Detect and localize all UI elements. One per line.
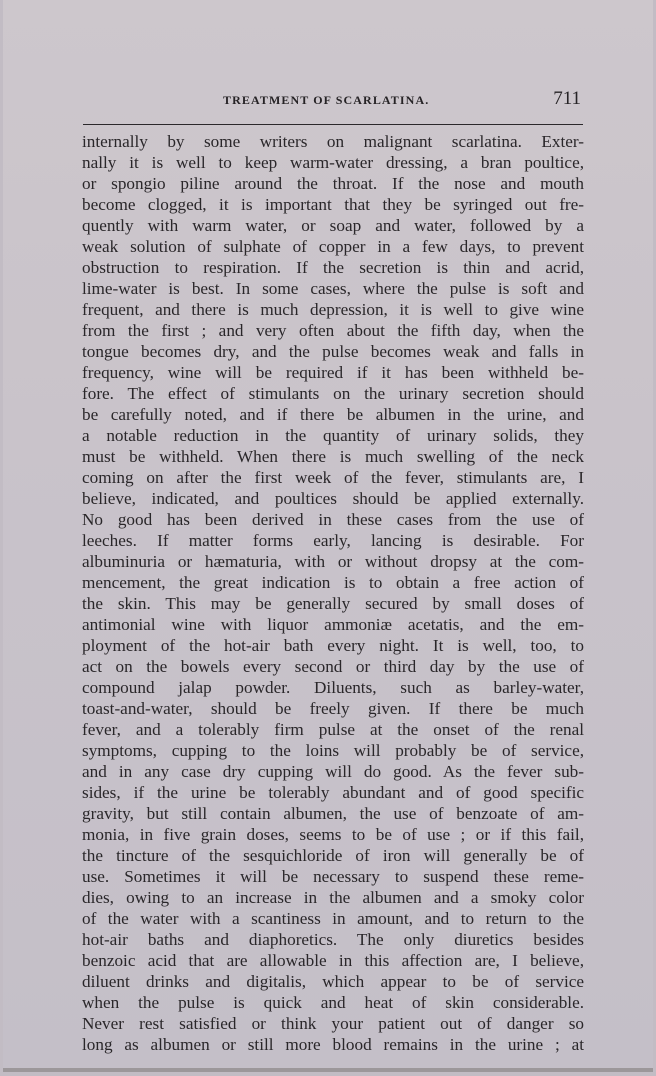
text-line: when the pulse is quick and heat of skin… [82, 992, 584, 1013]
text-line: ployment of the hot-air bath every night… [82, 635, 584, 656]
text-line: benzoic acid that are allowable in this … [82, 950, 584, 971]
text-line: quently with warm water, or soap and wat… [82, 215, 584, 236]
text-line: must be withheld. When there is much swe… [82, 446, 584, 467]
text-line: weak solution of sulphate of copper in a… [82, 236, 584, 257]
text-line: gravity, but still contain albumen, the … [82, 803, 584, 824]
text-line: frequency, wine will be required if it h… [82, 362, 584, 383]
book-page: TREATMENT OF SCARLATINA. 711 internally … [3, 0, 653, 1072]
text-line: coming on after the first week of the fe… [82, 467, 584, 488]
text-line: albuminuria or hæmaturia, with or withou… [82, 551, 584, 572]
text-line: use. Sometimes it will be necessary to s… [82, 866, 584, 887]
text-line: act on the bowels every second or third … [82, 656, 584, 677]
text-line: sides, if the urine be tolerably abundan… [82, 782, 584, 803]
page-number: 711 [553, 88, 581, 110]
header-rule [83, 124, 583, 125]
text-line: antimonial wine with liquor ammoniæ acet… [82, 614, 584, 635]
text-line: long as albumen or still more blood rema… [82, 1034, 584, 1055]
text-line: from the first ; and very often about th… [82, 320, 584, 341]
running-head: TREATMENT OF SCARLATINA. [223, 93, 429, 108]
text-line: tongue becomes dry, and the pulse become… [82, 341, 584, 362]
text-line: symptoms, cupping to the loins will prob… [82, 740, 584, 761]
text-line: become clogged, it is important that the… [82, 194, 584, 215]
text-line: fore. The effect of stimulants on the ur… [82, 383, 584, 404]
text-line: lime-water is best. In some cases, where… [82, 278, 584, 299]
text-line: be carefully noted, and if there be albu… [82, 404, 584, 425]
text-line: internally by some writers on malignant … [82, 131, 584, 152]
text-line: dies, owing to an increase in the albume… [82, 887, 584, 908]
text-line: hot-air baths and diaphoretics. The only… [82, 929, 584, 950]
text-line: nally it is well to keep warm-water dres… [82, 152, 584, 173]
text-line: leeches. If matter forms early, lancing … [82, 530, 584, 551]
text-line: obstruction to respiration. If the secre… [82, 257, 584, 278]
text-line: fever, and a tolerably firm pulse at the… [82, 719, 584, 740]
text-line: No good has been derived in these cases … [82, 509, 584, 530]
text-line: Never rest satisfied or think your patie… [82, 1013, 584, 1034]
text-line: frequent, and there is much depression, … [82, 299, 584, 320]
text-line: believe, indicated, and poultices should… [82, 488, 584, 509]
text-line: of the water with a scantiness in amount… [82, 908, 584, 929]
text-line: the tincture of the sesquichloride of ir… [82, 845, 584, 866]
text-line: monia, in five grain doses, seems to be … [82, 824, 584, 845]
text-line: toast-and-water, should be freely given.… [82, 698, 584, 719]
page-header: TREATMENT OF SCARLATINA. 711 [83, 88, 583, 112]
text-line: diluent drinks and digitalis, which appe… [82, 971, 584, 992]
text-line: mencement, the great indication is to ob… [82, 572, 584, 593]
text-line: compound jalap powder. Diluents, such as… [82, 677, 584, 698]
text-line: the skin. This may be generally secured … [82, 593, 584, 614]
text-line: a notable reduction in the quantity of u… [82, 425, 584, 446]
text-line: or spongio piline around the throat. If … [82, 173, 584, 194]
page-edge [3, 1068, 653, 1072]
body-paragraph: internally by some writers on malignant … [82, 131, 584, 1055]
text-line: and in any case dry cupping will do good… [82, 761, 584, 782]
